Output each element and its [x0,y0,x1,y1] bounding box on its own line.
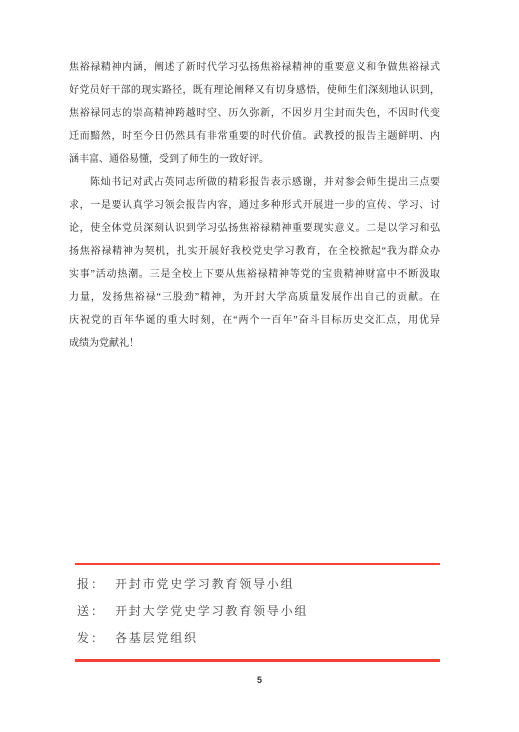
body-text-line: 迁而黯然，时至今日仍然具有非常重要的时代价值。武教授的报告主题鲜明、内 [69,125,440,148]
body-text-line: 成绩为党献礼！ [69,332,440,355]
body-text-line: 力量，发扬焦裕禄“三股劲”精神，为开封大学高质量发展作出自己的贡献。在 [69,286,440,309]
body-text-line: 扬焦裕禄精神为契机，扎实开展好我校党史学习教育，在全校掀起“我为群众办 [69,240,440,263]
body-paragraphs: 焦裕禄精神内涵，阐述了新时代学习弘扬焦裕禄精神的重要意义和争做焦裕禄式好党员好干… [69,56,440,355]
distribution-label: 送： [77,598,115,625]
distribution-value: 开封大学党史学习教育领导小组 [115,598,308,625]
distribution-row: 送：开封大学党史学习教育领导小组 [77,598,440,625]
body-text-line: 好党员好干部的现实路径，既有理论阐释又有切身感悟，使师生们深刻地认识到， [69,79,440,102]
distribution-rule-top [75,563,440,565]
distribution-value: 开封市党史学习教育领导小组 [115,571,294,598]
distribution-value: 各基层党组织 [115,625,198,652]
distribution-rows: 报：开封市党史学习教育领导小组送：开封大学党史学习教育领导小组发：各基层党组织 [75,571,440,652]
distribution-label: 报： [77,571,115,598]
document-page: 焦裕禄精神内涵，阐述了新时代学习弘扬焦裕禄精神的重要意义和争做焦裕禄式好党员好干… [0,0,519,732]
distribution-rule-bottom [75,659,440,662]
page-number: 5 [0,675,519,685]
body-text-line: 实事”活动热潮。三是全校上下要从焦裕禄精神等党的宝贵精神财富中不断汲取 [69,263,440,286]
distribution-row: 发：各基层党组织 [77,625,440,652]
distribution-row: 报：开封市党史学习教育领导小组 [77,571,440,598]
body-text-line: 陈灿书记对武占英同志所做的精彩报告表示感谢，并对参会师生提出三点要 [69,171,440,194]
body-text-line: 焦裕禄精神内涵，阐述了新时代学习弘扬焦裕禄精神的重要意义和争做焦裕禄式 [69,56,440,79]
body-text-line: 庆祝党的百年华诞的重大时刻，在“两个一百年”奋斗目标历史交汇点，用优异 [69,309,440,332]
body-text-line: 求，一是要认真学习领会报告内容，通过多种形式开展进一步的宣传、学习、讨 [69,194,440,217]
body-text-line: 论，使全体党员深刻认识到学习弘扬焦裕禄精神重要现实意义。二是以学习和弘 [69,217,440,240]
distribution-label: 发： [77,625,115,652]
body-text-line: 涵丰富、通俗易懂，受到了师生的一致好评。 [69,148,440,171]
body-text-line: 焦裕禄同志的崇高精神跨越时空、历久弥新，不因岁月尘封而失色，不因时代变 [69,102,440,125]
distribution-block: 报：开封市党史学习教育领导小组送：开封大学党史学习教育领导小组发：各基层党组织 [75,563,440,662]
